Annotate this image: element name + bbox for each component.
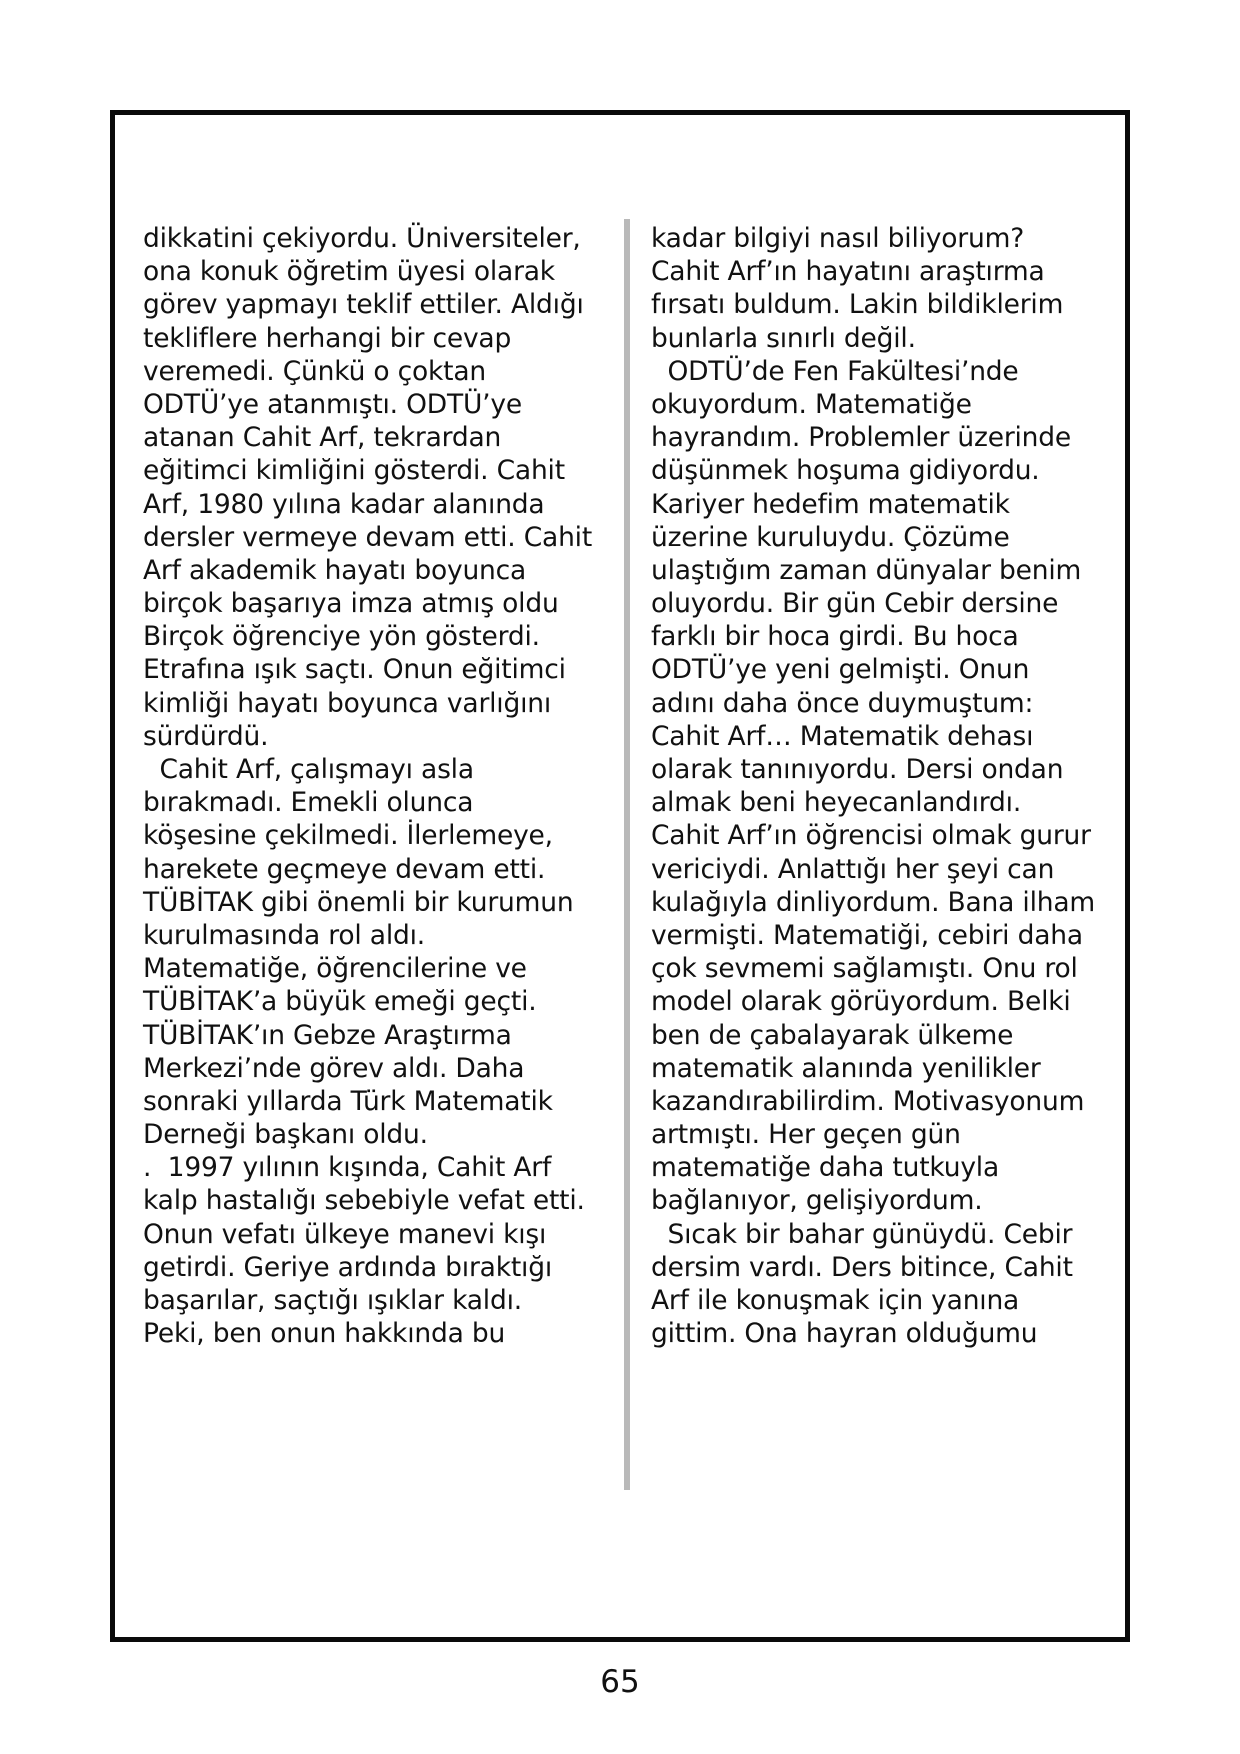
text-line: ODTÜ’ye atanmıştı. ODTÜ’ye [143, 388, 603, 421]
text-line: Cahit Arf’ın hayatını araştırma [651, 255, 1111, 288]
text-line: üzerine kuruluydu. Çözüme [651, 521, 1111, 554]
text-line: Etrafına ışık saçtı. Onun eğitimci [143, 653, 603, 686]
text-line: Onun vefatı ülkeye manevi kışı [143, 1218, 603, 1251]
text-line: vermişti. Matematiği, cebiri daha [651, 919, 1111, 952]
text-line: Matematiğe, öğrencilerine ve [143, 952, 603, 985]
column-divider [624, 219, 630, 1490]
text-line: matematik alanında yenilikler [651, 1052, 1111, 1085]
page-number: 65 [0, 1664, 1240, 1700]
text-line: ODTÜ’de Fen Fakültesi’nde [651, 355, 1111, 388]
text-line: Birçok öğrenciye yön gösterdi. [143, 620, 603, 653]
text-line: görev yapmayı teklif ettiler. Aldığı [143, 288, 603, 321]
text-line: artmıştı. Her geçen gün [651, 1118, 1111, 1151]
text-line: almak beni heyecanlandırdı. [651, 786, 1111, 819]
text-line: köşesine çekilmedi. İlerlemeye, [143, 819, 603, 852]
text-line: bağlanıyor, gelişiyordum. [651, 1184, 1111, 1217]
text-line: olarak tanınıyordu. Dersi ondan [651, 753, 1111, 786]
text-line: getirdi. Geriye ardında bıraktığı [143, 1251, 603, 1284]
text-line: kalp hastalığı sebebiyle vefat etti. [143, 1184, 603, 1217]
text-line: bırakmadı. Emekli olunca [143, 786, 603, 819]
text-line: dersim vardı. Ders bitince, Cahit [651, 1251, 1111, 1284]
text-line: ODTÜ’ye yeni gelmişti. Onun [651, 653, 1111, 686]
text-line: Arf, 1980 yılına kadar alanında [143, 488, 603, 521]
text-line: kurulmasında rol aldı. [143, 919, 603, 952]
right-column: kadar bilgiyi nasıl biliyorum? Cahit Arf… [651, 222, 1111, 1350]
text-line: sürdürdü. [143, 720, 603, 753]
text-line: bunlarla sınırlı değil. [651, 322, 1111, 355]
text-line: veremedi. Çünkü o çoktan [143, 355, 603, 388]
text-line: Cahit Arf, çalışmayı asla [143, 753, 603, 786]
text-line: Merkezi’nde görev aldı. Daha [143, 1052, 603, 1085]
text-line: Derneği başkanı oldu. [143, 1118, 603, 1151]
text-line: Sıcak bir bahar günüydü. Cebir [651, 1218, 1111, 1251]
text-line: birçok başarıya imza atmış oldu [143, 587, 603, 620]
text-line: matematiğe daha tutkuyla [651, 1151, 1111, 1184]
text-line: atanan Cahit Arf, tekrardan [143, 421, 603, 454]
text-line: Kariyer hedefim matematik [651, 488, 1111, 521]
text-line: farklı bir hoca girdi. Bu hoca [651, 620, 1111, 653]
text-line: kimliği hayatı boyunca varlığını [143, 687, 603, 720]
text-line: çok sevmemi sağlamıştı. Onu rol [651, 952, 1111, 985]
text-line: adını daha önce duymuştum: [651, 687, 1111, 720]
text-line: eğitimci kimliğini gösterdi. Cahit [143, 454, 603, 487]
text-line: gittim. Ona hayran olduğumu [651, 1317, 1111, 1350]
text-line: hayrandım. Problemler üzerinde [651, 421, 1111, 454]
text-line: düşünmek hoşuma gidiyordu. [651, 454, 1111, 487]
text-line: Peki, ben onun hakkında bu [143, 1317, 603, 1350]
text-line: vericiydi. Anlattığı her şeyi can [651, 853, 1111, 886]
text-line: dersler vermeye devam etti. Cahit [143, 521, 603, 554]
text-line: dikkatini çekiyordu. Üniversiteler, [143, 222, 603, 255]
text-line: ona konuk öğretim üyesi olarak [143, 255, 603, 288]
text-line: ulaştığım zaman dünyalar benim [651, 554, 1111, 587]
text-line: ben de çabalayarak ülkeme [651, 1019, 1111, 1052]
text-line: okuyordum. Matematiğe [651, 388, 1111, 421]
text-line: TÜBİTAK gibi önemli bir kurumun [143, 886, 603, 919]
text-line: başarılar, saçtığı ışıklar kaldı. [143, 1284, 603, 1317]
text-line: Arf akademik hayatı boyunca [143, 554, 603, 587]
text-line: harekete geçmeye devam etti. [143, 853, 603, 886]
text-line: Arf ile konuşmak için yanına [651, 1284, 1111, 1317]
text-line: . 1997 yılının kışında, Cahit Arf [143, 1151, 603, 1184]
text-line: kadar bilgiyi nasıl biliyorum? [651, 222, 1111, 255]
text-line: Cahit Arf’ın öğrencisi olmak gurur [651, 819, 1111, 852]
text-line: fırsatı buldum. Lakin bildiklerim [651, 288, 1111, 321]
left-column: dikkatini çekiyordu. Üniversiteler, ona … [143, 222, 603, 1350]
text-line: kazandırabilirdim. Motivasyonum [651, 1085, 1111, 1118]
text-line: oluyordu. Bir gün Cebir dersine [651, 587, 1111, 620]
text-line: sonraki yıllarda Türk Matematik [143, 1085, 603, 1118]
text-line: Cahit Arf… Matematik dehası [651, 720, 1111, 753]
text-line: kulağıyla dinliyordum. Bana ilham [651, 886, 1111, 919]
text-line: TÜBİTAK’a büyük emeği geçti. [143, 985, 603, 1018]
text-line: model olarak görüyordum. Belki [651, 985, 1111, 1018]
text-line: tekliflere herhangi bir cevap [143, 322, 603, 355]
text-line: TÜBİTAK’ın Gebze Araştırma [143, 1019, 603, 1052]
